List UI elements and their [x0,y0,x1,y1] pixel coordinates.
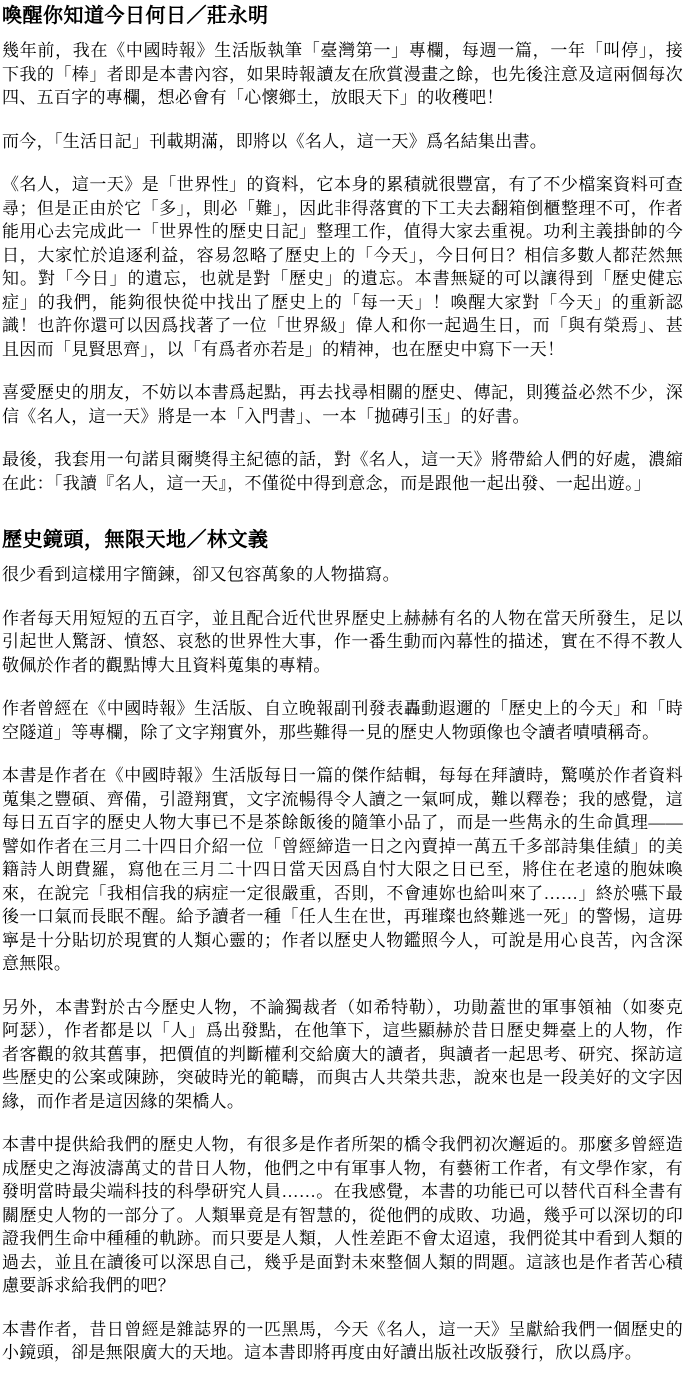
paragraph: 作者曾經在《中國時報》生活版、自立晚報副刊發表轟動遐邇的「歷史上的今天」和「時空… [2,697,683,744]
paragraph: 本書是作者在《中國時報》生活版每日一篇的傑作結輯，每每在拜讀時，驚嘆於作者資料蒐… [2,764,683,976]
paragraph: 而今，「生活日記」刊載期滿，即將以《名人，這一天》爲名結集出書。 [2,130,683,154]
section-heading: 喚醒你知道今日何日／莊永明 [2,3,683,29]
paragraph: 本書作者，昔日曾經是雜誌界的一匹黑馬，今天《名人，這一天》呈獻給我們一個歷史的小… [2,1318,683,1365]
paragraph: 作者每天用短短的五百字，並且配合近代世界歷史上赫赫有名的人物在當天所發生，足以引… [2,607,683,678]
section-heading: 歷史鏡頭，無限天地／林文義 [2,527,683,553]
preface-section-zhuang-yongming: 喚醒你知道今日何日／莊永明 幾年前，我在《中國時報》生活版執筆「臺灣第一」專欄，… [2,3,683,495]
paragraph: 幾年前，我在《中國時報》生活版執筆「臺灣第一」專欄，每週一篇，一年「叫停」，接下… [2,39,683,110]
paragraph: 喜愛歷史的朋友，不妨以本書爲起點，再去找尋相關的歷史、傳記，則獲益必然不少，深信… [2,381,683,428]
paragraph: 另外，本書對於古今歷史人物，不論獨裁者（如希特勒），功勛蓋世的軍事領袖（如麥克阿… [2,996,683,1114]
preface-section-lin-wenyi: 歷史鏡頭，無限天地／林文義 很少看到這樣用字簡鍊，卻又包容萬象的人物描寫。 作者… [2,527,683,1365]
book-preface-document: 喚醒你知道今日何日／莊永明 幾年前，我在《中國時報》生活版執筆「臺灣第一」專欄，… [0,0,685,1373]
paragraph: 很少看到這樣用字簡鍊，卻又包容萬象的人物描寫。 [2,563,683,587]
paragraph: 最後，我套用一句諾貝爾獎得主紀德的話，對《名人，這一天》將帶給人們的好處，濃縮在… [2,448,683,495]
paragraph: 《名人，這一天》是「世界性」的資料，它本身的累積就很豐富，有了不少檔案資料可查尋… [2,173,683,361]
paragraph: 本書中提供給我們的歷史人物，有很多是作者所架的橋令我們初次邂逅的。那麼多曾經造成… [2,1133,683,1298]
